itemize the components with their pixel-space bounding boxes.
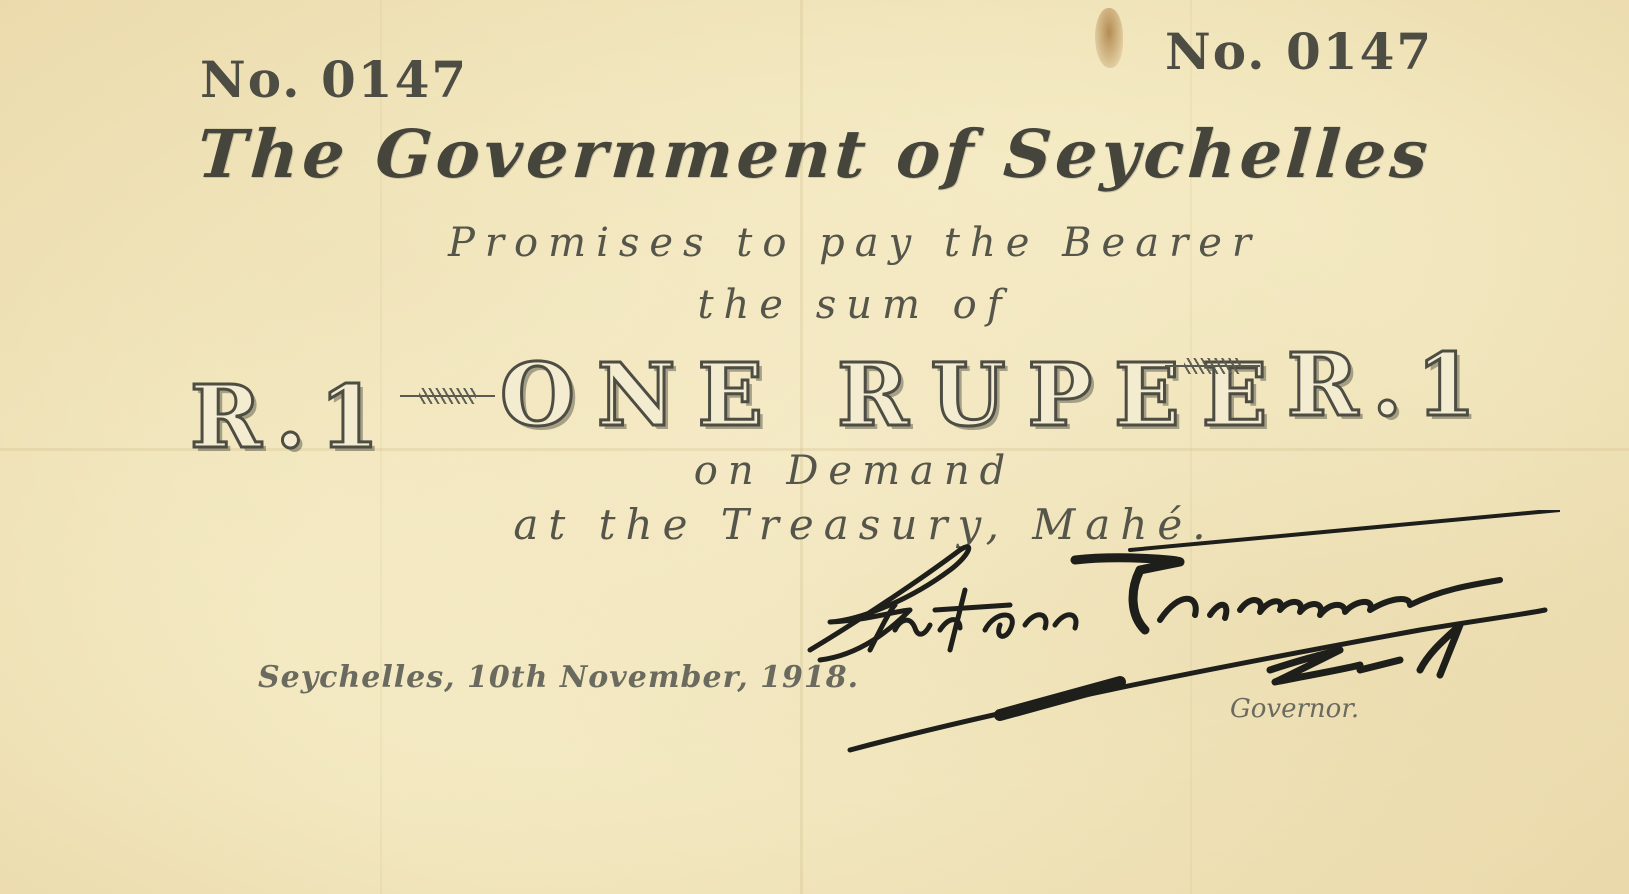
- denomination-text: ONE RUPEE: [500, 345, 1289, 446]
- sprig-ornament-icon: [400, 395, 495, 403]
- governor-signature: [800, 510, 1560, 770]
- signatory-title: Governor.: [1230, 694, 1359, 724]
- banknote: No. 0147 No. 0147 The Government of Seyc…: [0, 0, 1629, 894]
- serial-value: 0147: [321, 50, 468, 109]
- demand-line: on Demand: [0, 448, 1629, 494]
- sprig-ornament-icon: [1165, 365, 1260, 373]
- issue-date: Seychelles, 10th November, 1918.: [258, 660, 859, 695]
- denomination-row: R.1 ONE RUPEE R.1: [190, 345, 1500, 465]
- ink-stain: [1095, 8, 1123, 68]
- promise-line: Promises to pay the Bearer: [0, 220, 1629, 266]
- sum-line: the sum of: [0, 282, 1629, 328]
- issuer-title: The Government of Seychelles: [0, 115, 1629, 193]
- denomination-right: R.1: [1287, 335, 1490, 436]
- serial-value: 0147: [1286, 22, 1433, 81]
- serial-number-right: No. 0147: [1165, 22, 1433, 81]
- serial-number-left: No. 0147: [200, 50, 468, 109]
- serial-prefix: No.: [1165, 22, 1267, 81]
- serial-prefix: No.: [200, 50, 302, 109]
